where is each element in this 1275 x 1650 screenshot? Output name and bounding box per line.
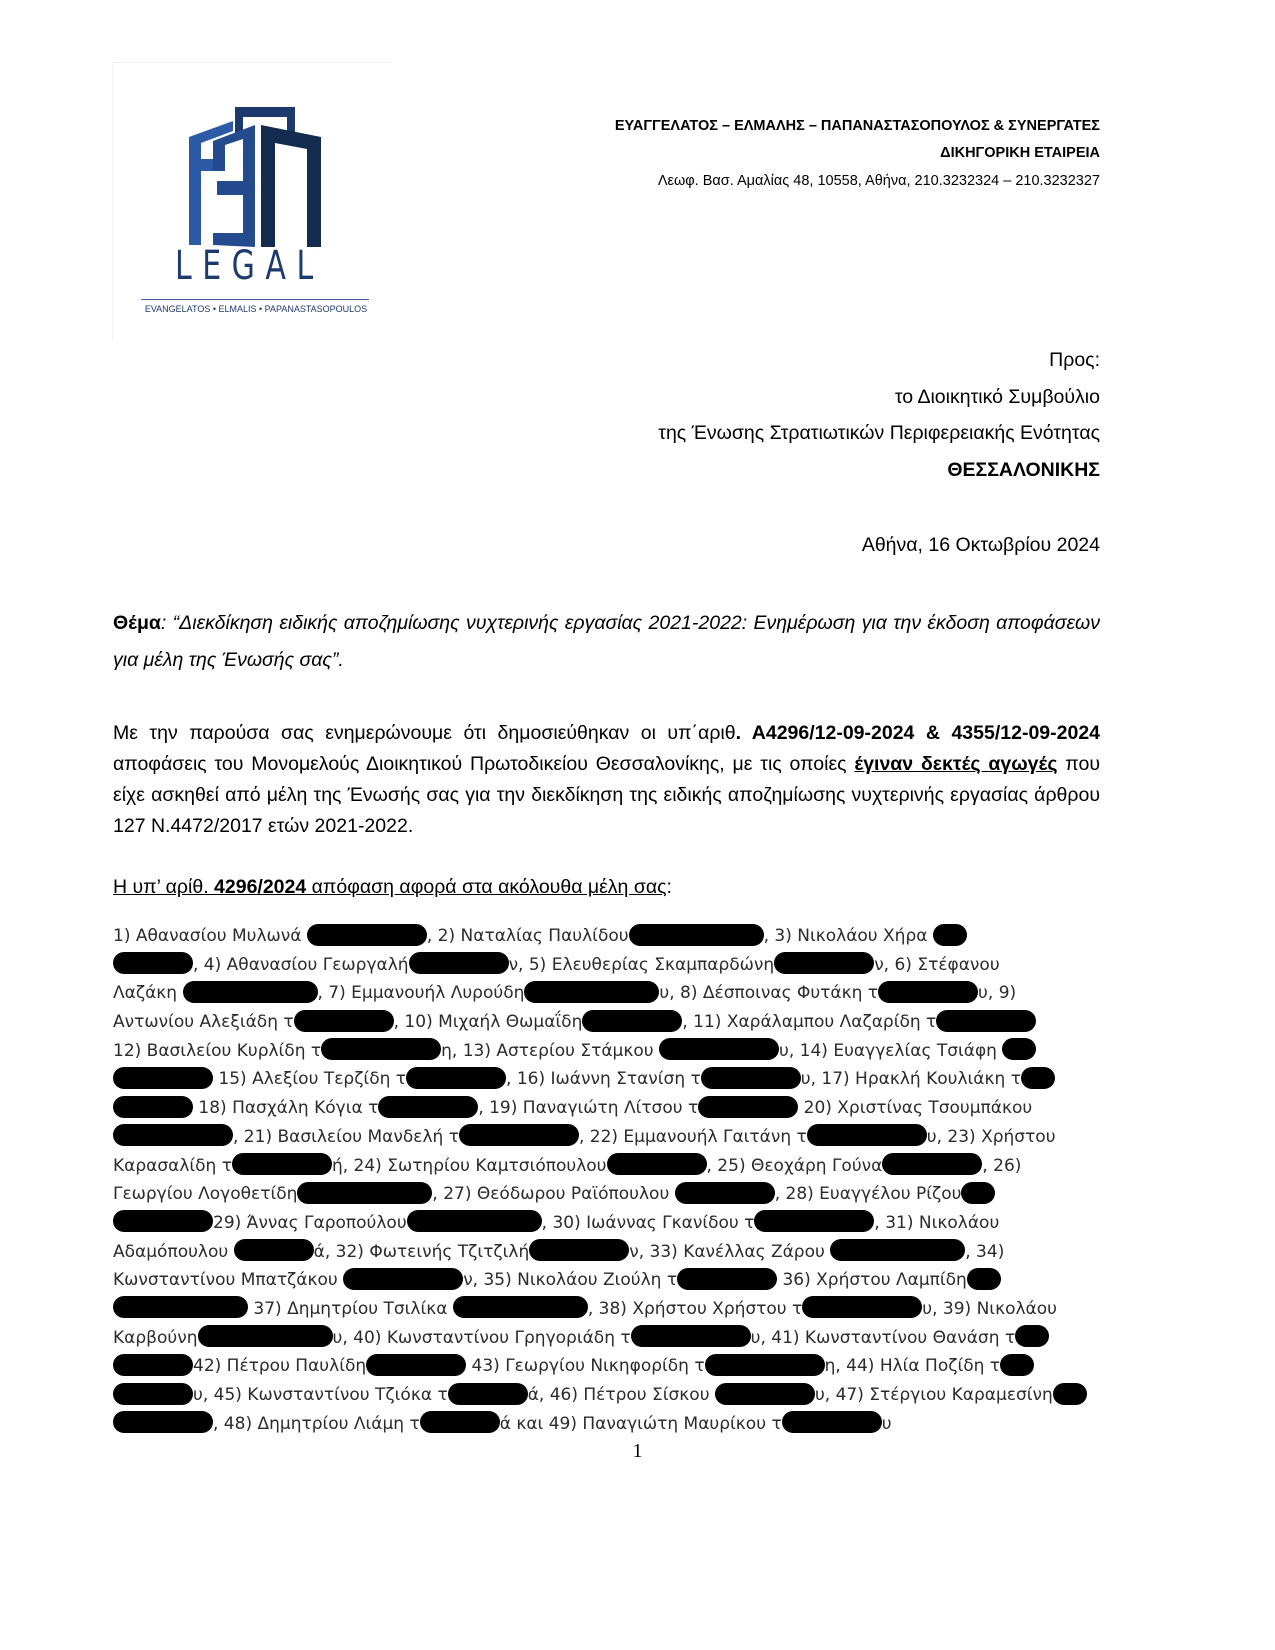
member-text: , 21) Βασιλείου Μανδελή τ [233, 1127, 459, 1147]
redaction-mark [878, 981, 978, 1003]
decision-heading-suffix: απόφαση αφορά στα ακόλουθα μέλη σας [306, 876, 666, 898]
page-number: 1 [0, 1440, 1275, 1463]
member-text: υ, 14) Ευαγγελίας Τσιάφη [779, 1041, 1002, 1061]
intro-accepted-claims: έγιναν δεκτές αγωγές [854, 753, 1057, 775]
redaction-mark [232, 1153, 332, 1175]
member-text: , 7) Εμμανουήλ Λυρούδη [318, 983, 525, 1003]
intro-part-2: αποφάσεις του Μονομελούς Διοικητικού Πρω… [113, 753, 854, 775]
member-text: , 31) Νικολάου [874, 1213, 999, 1233]
redaction-mark [933, 924, 967, 946]
redaction-mark [715, 1383, 815, 1405]
redaction-mark [529, 1239, 629, 1261]
member-list: 1) Αθανασίου Μυλωνά , 2) Ναταλίας Παυλίδ… [113, 922, 1113, 1438]
redaction-mark [607, 1153, 707, 1175]
redaction-mark [754, 1210, 874, 1232]
decision-heading-prefix: Η υπ’ αρίθ. [113, 876, 214, 898]
redaction-mark [183, 981, 318, 1003]
member-text: , 2) Ναταλίας Παυλίδου [427, 926, 629, 946]
member-text: ν, 35) Νικολάου Ζιούλη τ [463, 1270, 677, 1290]
intro-decision-numbers: . Α4296/12-09-2024 & 4355/12-09-2024 [736, 722, 1100, 744]
redaction-mark [113, 1354, 193, 1376]
redaction-mark [830, 1239, 965, 1261]
member-text: Κωνσταντίνου Μπατζάκου [113, 1270, 343, 1290]
redaction-mark [582, 1010, 682, 1032]
member-text: , 34) [965, 1242, 1004, 1262]
redaction-mark [701, 1067, 801, 1089]
redaction-mark [378, 1096, 478, 1118]
member-text: 18) Πασχάλη Κόγια τ [193, 1098, 378, 1118]
redaction-mark [524, 981, 659, 1003]
redaction-mark [1015, 1325, 1049, 1347]
redaction-mark [113, 1210, 213, 1232]
member-list-line: 29) Άννας Γαροπούλου, 30) Ιωάννας Γκανίδ… [113, 1209, 1113, 1238]
member-list-line: Καρβούνηυ, 40) Κωνσταντίνου Γρηγοριάδη τ… [113, 1324, 1113, 1353]
member-text: 12) Βασιλείου Κυρλίδη τ [113, 1041, 321, 1061]
logo-divider [141, 299, 369, 300]
member-list-line: , 48) Δημητρίου Λιάμη τά και 49) Παναγιώ… [113, 1410, 1113, 1439]
redaction-mark [1053, 1383, 1087, 1405]
member-text: υ, 9) [978, 983, 1016, 1003]
member-list-line: Γεωργίου Λογοθετίδη, 27) Θεόδωρου Ραϊόπο… [113, 1180, 1113, 1209]
redaction-mark [234, 1239, 314, 1261]
member-text: ν, 33) Κανέλλας Ζάρου [629, 1242, 830, 1262]
recipient-block: Προς: το Διοικητικό Συμβούλιο της Ένωσης… [658, 342, 1100, 488]
member-text: ή, 24) Σωτηρίου Καμτσιόπουλου [332, 1156, 607, 1176]
member-text: , 4) Αθανασίου Γεωργαλή [193, 955, 409, 975]
member-text: , 3) Νικολάου Χήρα [764, 926, 933, 946]
member-text: , 27) Θεόδωρου Ραϊόπουλου [432, 1184, 674, 1204]
redaction-mark [297, 1182, 432, 1204]
decision-heading-colon: : [667, 876, 672, 898]
member-text: , 19) Παναγιώτη Λίτσου τ [478, 1098, 698, 1118]
subject-label: Θέμα [113, 612, 161, 634]
member-list-line: υ, 45) Κωνσταντίνου Τζιόκα τά, 46) Πέτρο… [113, 1381, 1113, 1410]
redaction-mark [629, 924, 764, 946]
member-text: 20) Χριστίνας Τσουμπάκου [798, 1098, 1032, 1118]
redaction-mark [967, 1268, 1001, 1290]
member-text: ν, 5) Ελευθερίας Σκαμπαρδώνη [509, 955, 775, 975]
member-text: 1) Αθανασίου Μυλωνά [113, 926, 307, 946]
recipient-line-2: της Ένωσης Στρατιωτικών Περιφερειακής Εν… [658, 415, 1100, 452]
member-text: υ, 8) Δέσποινας Φυτάκη τ [659, 983, 878, 1003]
member-text: Αδαμόπουλου [113, 1242, 234, 1262]
redaction-mark [366, 1354, 466, 1376]
intro-paragraph: Με την παρούσα σας ενημερώνουμε ότι δημο… [113, 718, 1100, 842]
redaction-mark [698, 1096, 798, 1118]
member-text: υ [882, 1414, 892, 1434]
firm-name: ΕΥΑΓΓΕΛΑΤΟΣ – ΕΛΜΑΛΗΣ – ΠΑΠΑΝΑΣΤΑΣΟΠΟΥΛΟ… [615, 113, 1100, 140]
member-list-line: 15) Αλεξίου Τερζίδη τ, 16) Ιωάννη Στανίσ… [113, 1065, 1113, 1094]
member-text: υ, 40) Κωνσταντίνου Γρηγοριάδη τ [333, 1328, 631, 1348]
member-text: υ, 17) Ηρακλή Κουλιάκη τ [801, 1069, 1021, 1089]
redaction-mark [294, 1010, 394, 1032]
member-list-line: 37) Δημητρίου Τσιλίκα , 38) Χρήστου Χρήσ… [113, 1295, 1113, 1324]
member-list-line: Καρασαλίδη τή, 24) Σωτηρίου Καμτσιόπουλο… [113, 1152, 1113, 1181]
member-text: 37) Δημητρίου Τσιλίκα [248, 1299, 453, 1319]
member-list-line: , 21) Βασιλείου Μανδελή τ, 22) Εμμανουήλ… [113, 1123, 1113, 1152]
redaction-mark [1021, 1067, 1055, 1089]
redaction-mark [409, 952, 509, 974]
member-text: , 16) Ιωάννη Στανίση τ [506, 1069, 701, 1089]
member-text: η, 44) Ηλία Ποζίδη τ [825, 1356, 1000, 1376]
member-text: , 30) Ιωάννας Γκανίδου τ [542, 1213, 755, 1233]
member-list-line: 1) Αθανασίου Μυλωνά , 2) Ναταλίας Παυλίδ… [113, 922, 1113, 951]
redaction-mark [1002, 1038, 1036, 1060]
member-text: ν, 6) Στέφανου [874, 955, 999, 975]
recipient-line-1: το Διοικητικό Συμβούλιο [658, 379, 1100, 416]
recipient-to-label: Προς: [658, 342, 1100, 379]
redaction-mark [936, 1010, 1036, 1032]
member-list-line: Λαζάκη , 7) Εμμανουήλ Λυρούδηυ, 8) Δέσπο… [113, 979, 1113, 1008]
redaction-mark [1000, 1354, 1034, 1376]
member-text: , 48) Δημητρίου Λιάμη τ [213, 1414, 420, 1434]
member-text: υ, 23) Χρήστου [927, 1127, 1056, 1147]
redaction-mark [406, 1067, 506, 1089]
redaction-mark [631, 1325, 751, 1347]
member-list-line: Κωνσταντίνου Μπατζάκου ν, 35) Νικολάου Ζ… [113, 1266, 1113, 1295]
member-text: Λαζάκη [113, 983, 183, 1003]
firm-logo: LEGAL EVANGELATOS • ELMALIS • PAPANASTAS… [112, 62, 393, 341]
decision-heading: Η υπ’ αρίθ. 4296/2024 απόφαση αφορά στα … [113, 872, 672, 902]
redaction-mark [113, 1067, 213, 1089]
redaction-mark [659, 1038, 779, 1060]
member-text: 15) Αλεξίου Τερζίδη τ [213, 1069, 406, 1089]
redaction-mark [113, 952, 193, 974]
redaction-mark [307, 924, 427, 946]
member-text: Αντωνίου Αλεξιάδη τ [113, 1012, 294, 1032]
redaction-mark [321, 1038, 441, 1060]
recipient-city: ΘΕΣΣΑΛΟΝΙΚΗΣ [658, 452, 1100, 489]
member-text: ά, 32) Φωτεινής Τζιτζιλή [314, 1242, 530, 1262]
redaction-mark [113, 1124, 233, 1146]
firm-header: ΕΥΑΓΓΕΛΑΤΟΣ – ΕΛΜΑΛΗΣ – ΠΑΠΑΝΑΣΤΑΣΟΠΟΥΛΟ… [615, 113, 1100, 195]
member-text: 42) Πέτρου Παυλίδη [193, 1356, 366, 1376]
member-list-line: 12) Βασιλείου Κυρλίδη τη, 13) Αστερίου Σ… [113, 1037, 1113, 1066]
redaction-mark [113, 1296, 248, 1318]
member-text: η, 13) Αστερίου Στάμκου [441, 1041, 659, 1061]
member-text: ά και 49) Παναγιώτη Μαυρίκου τ [500, 1414, 782, 1434]
redaction-mark [448, 1383, 528, 1405]
member-text: υ, 45) Κωνσταντίνου Τζιόκα τ [193, 1385, 448, 1405]
redaction-mark [113, 1383, 193, 1405]
document-page: LEGAL EVANGELATOS • ELMALIS • PAPANASTAS… [0, 0, 1275, 1650]
intro-part-1: Με την παρούσα σας ενημερώνουμε ότι δημο… [113, 722, 736, 744]
member-text: , 10) Μιχαήλ Θωμαΐδη [394, 1012, 583, 1032]
member-text: , 38) Χρήστου Χρήστου τ [588, 1299, 802, 1319]
member-text: , 22) Εμμανουήλ Γαιτάνη τ [579, 1127, 807, 1147]
redaction-mark [774, 952, 874, 974]
member-text: Γεωργίου Λογοθετίδη [113, 1184, 297, 1204]
member-text: 36) Χρήστου Λαμπίδη [777, 1270, 967, 1290]
member-text: υ, 41) Κωνσταντίνου Θανάση τ [751, 1328, 1016, 1348]
subject-text: : “Διεκδίκηση ειδικής αποζημίωσης νυχτερ… [113, 612, 1100, 671]
redaction-mark [343, 1268, 463, 1290]
redaction-mark [420, 1411, 500, 1433]
member-text: , 25) Θεοχάρη Γούνα [707, 1156, 883, 1176]
letter-date: Αθήνα, 16 Οκτωβρίου 2024 [862, 530, 1100, 560]
member-text: , 26) [982, 1156, 1021, 1176]
firm-address: Λεωφ. Βασ. Αμαλίας 48, 10558, Αθήνα, 210… [615, 167, 1100, 195]
member-list-line: , 4) Αθανασίου Γεωργαλήν, 5) Ελευθερίας … [113, 951, 1113, 980]
redaction-mark [198, 1325, 333, 1347]
redaction-mark [113, 1096, 193, 1118]
member-text: 43) Γεωργίου Νικηφορίδη τ [466, 1356, 704, 1376]
redaction-mark [882, 1153, 982, 1175]
redaction-mark [459, 1124, 579, 1146]
member-text: υ, 47) Στέργιου Καραμεσίνη [815, 1385, 1053, 1405]
redaction-mark [453, 1296, 588, 1318]
member-list-line: Αδαμόπουλου ά, 32) Φωτεινής Τζιτζιλήν, 3… [113, 1238, 1113, 1267]
decision-number: 4296/2024 [214, 876, 306, 898]
member-text: , 11) Χαράλαμπου Λαζαρίδη τ [682, 1012, 936, 1032]
member-text: , 28) Ευαγγέλου Ρίζου [775, 1184, 962, 1204]
redaction-mark [807, 1124, 927, 1146]
redaction-mark [782, 1411, 882, 1433]
redaction-mark [113, 1411, 213, 1433]
redaction-mark [961, 1182, 995, 1204]
member-list-line: 42) Πέτρου Παυλίδη 43) Γεωργίου Νικηφορί… [113, 1352, 1113, 1381]
decision-heading-text: Η υπ’ αρίθ. 4296/2024 απόφαση αφορά στα … [113, 876, 667, 898]
member-list-line: 18) Πασχάλη Κόγια τ, 19) Παναγιώτη Λίτσο… [113, 1094, 1113, 1123]
member-text: Καρβούνη [113, 1328, 198, 1348]
member-text: 29) Άννας Γαροπούλου [213, 1213, 407, 1233]
redaction-mark [705, 1354, 825, 1376]
member-text: ά, 46) Πέτρου Σίσκου [528, 1385, 715, 1405]
member-text: Καρασαλίδη τ [113, 1156, 232, 1176]
redaction-mark [407, 1210, 542, 1232]
logo-wordmark: LEGAL [175, 243, 295, 289]
member-text: υ, 39) Νικολάου [922, 1299, 1057, 1319]
building-logo-icon [183, 107, 333, 247]
logo-tagline: EVANGELATOS • ELMALIS • PAPANASTASOPOULO… [141, 304, 371, 314]
redaction-mark [677, 1268, 777, 1290]
redaction-mark [675, 1182, 775, 1204]
subject-line: Θέμα: “Διεκδίκηση ειδικής αποζημίωσης νυ… [113, 605, 1100, 679]
redaction-mark [802, 1296, 922, 1318]
firm-type: ΔΙΚΗΓΟΡΙΚΗ ΕΤΑΙΡΕΙΑ [615, 140, 1100, 167]
member-list-line: Αντωνίου Αλεξιάδη τ, 10) Μιχαήλ Θωμαΐδη,… [113, 1008, 1113, 1037]
